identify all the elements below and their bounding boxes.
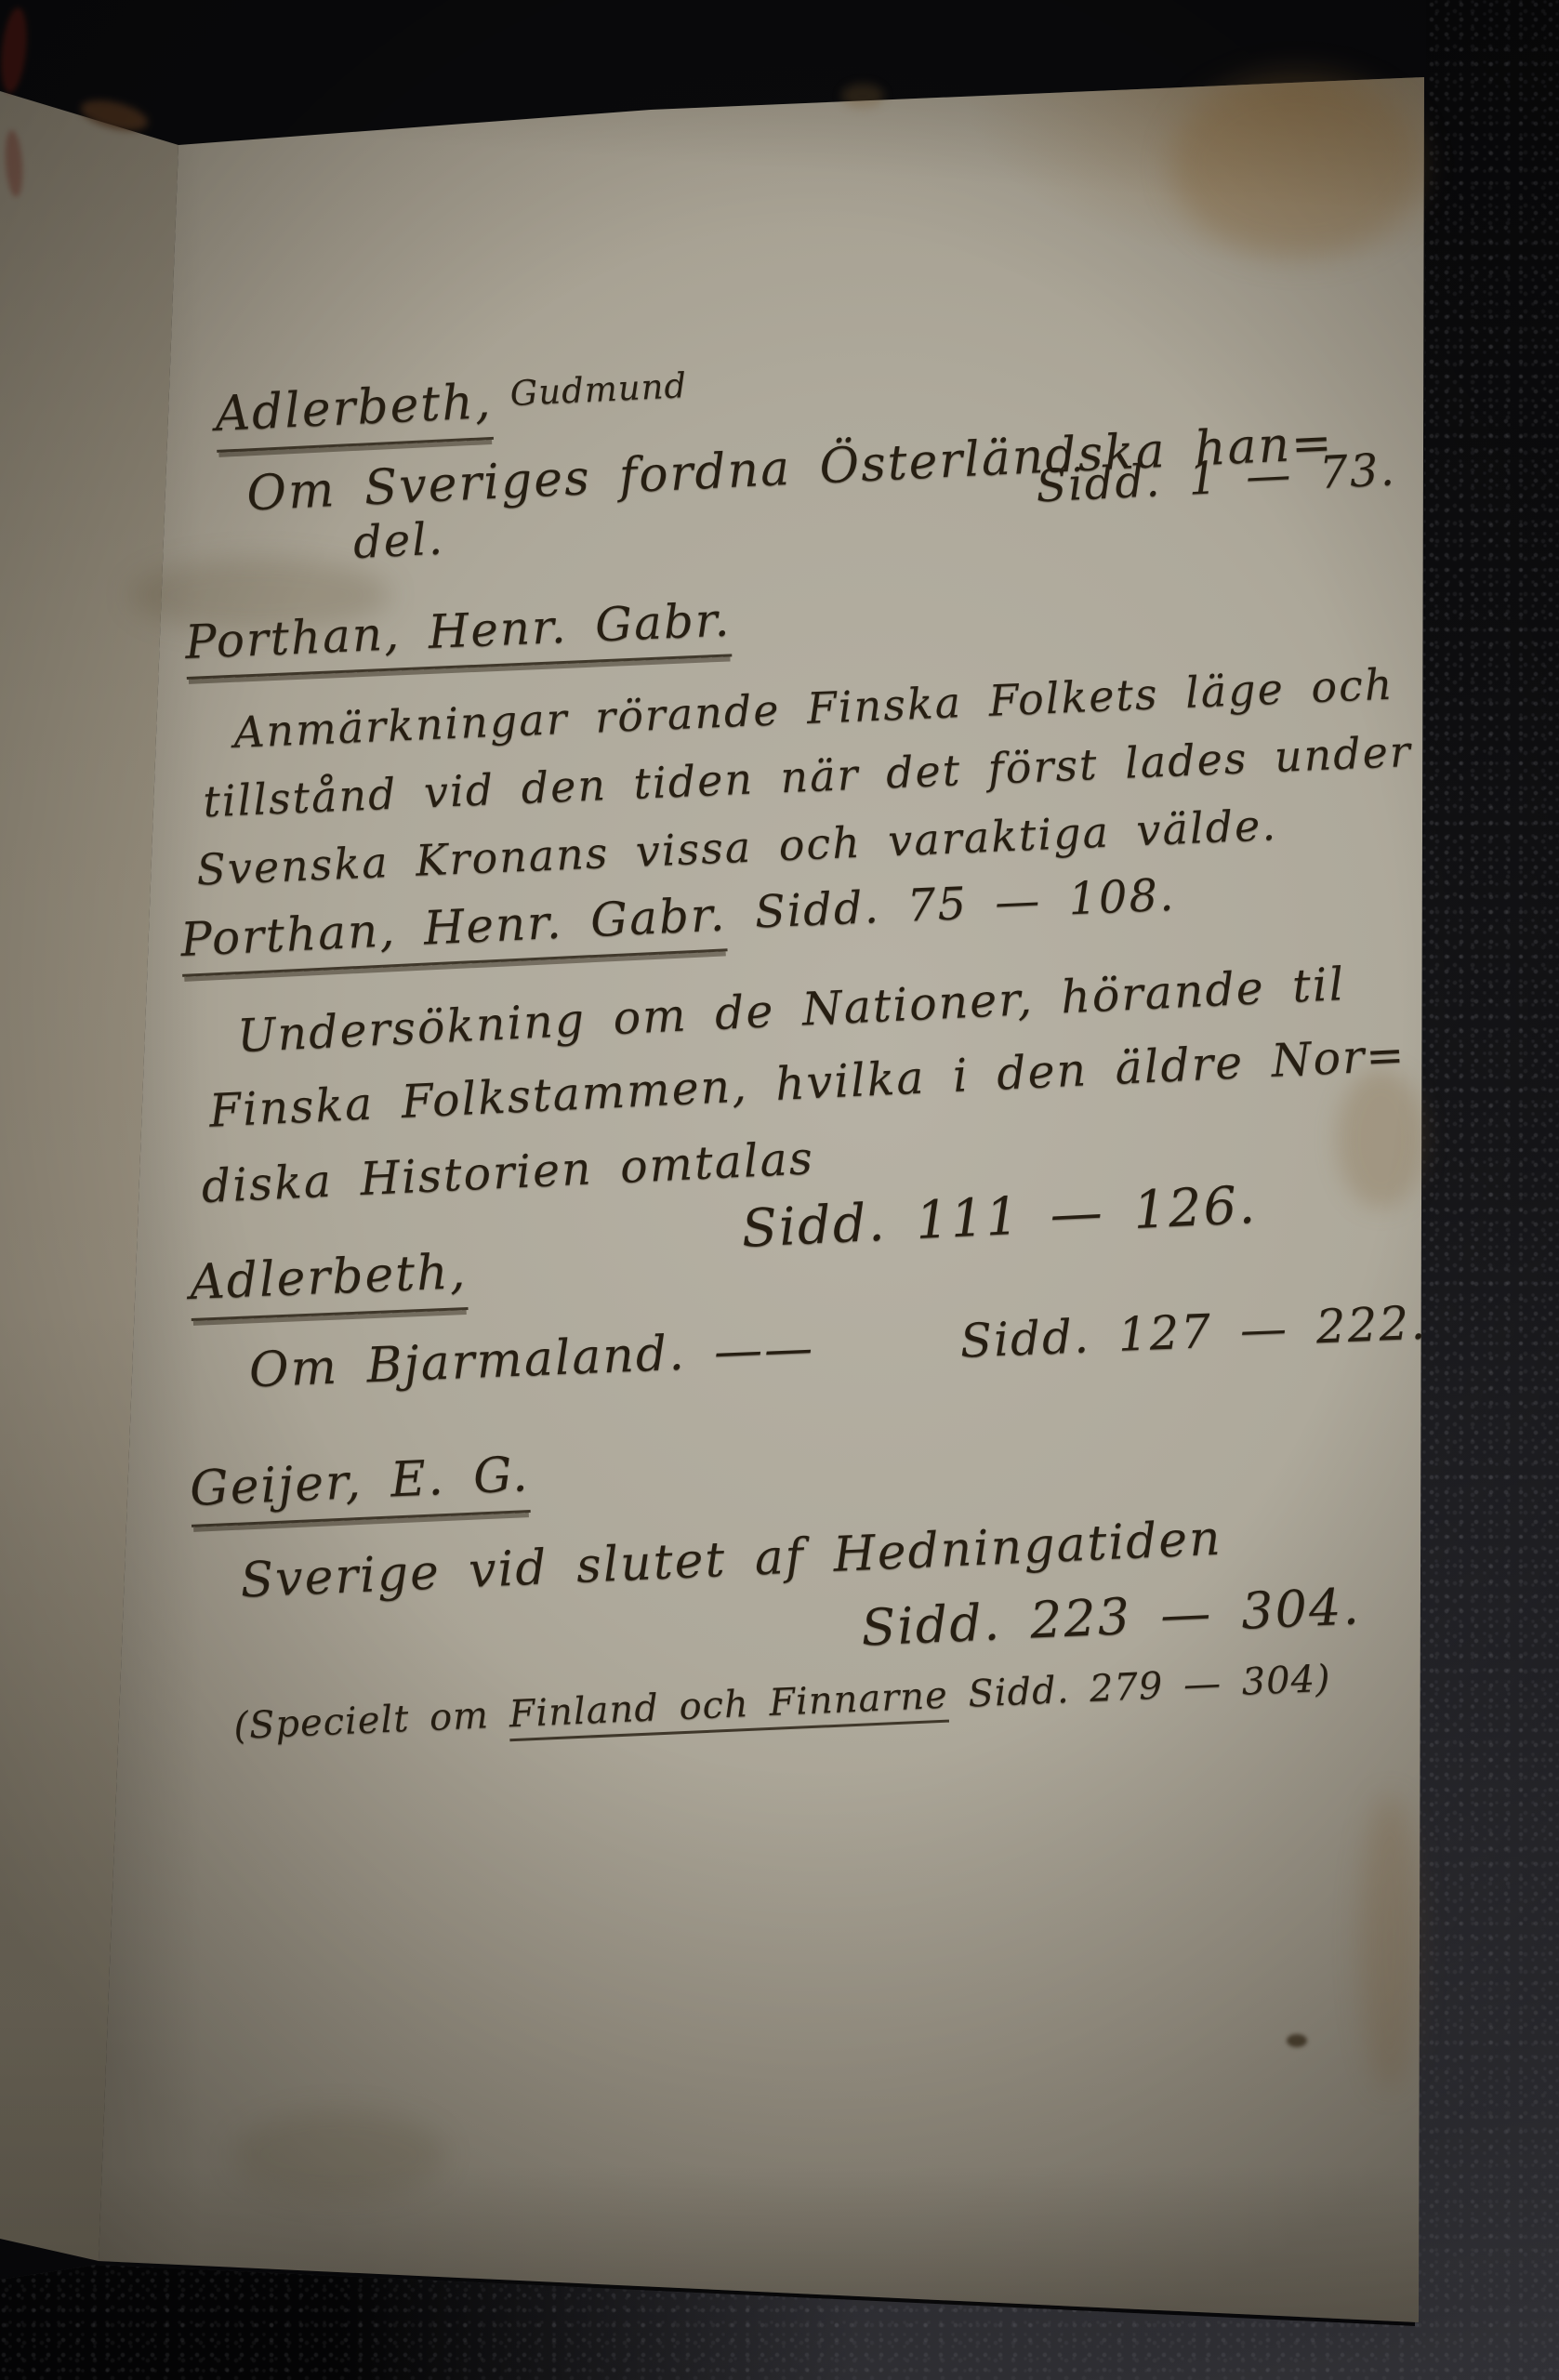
entry-author: Geijer, E. G. bbox=[189, 1447, 531, 1527]
entry-author: Adlerbeth, bbox=[214, 374, 494, 453]
entry-author-secondary: Gudmund bbox=[509, 365, 688, 414]
entry-pages: Sidd. 223 — 304. bbox=[860, 1575, 1410, 1658]
entry-title-line: del. bbox=[352, 517, 445, 566]
entry-geijer: Geijer, E. G. Sverige vid slutet af Hedn… bbox=[189, 1408, 1413, 1750]
entry-author: Adlerbeth, bbox=[189, 1244, 469, 1321]
photo-background: Adlerbeth,Gudmund Om Sveriges fordna Öst… bbox=[0, 0, 1559, 2380]
spine-red-mark bbox=[0, 7, 31, 94]
